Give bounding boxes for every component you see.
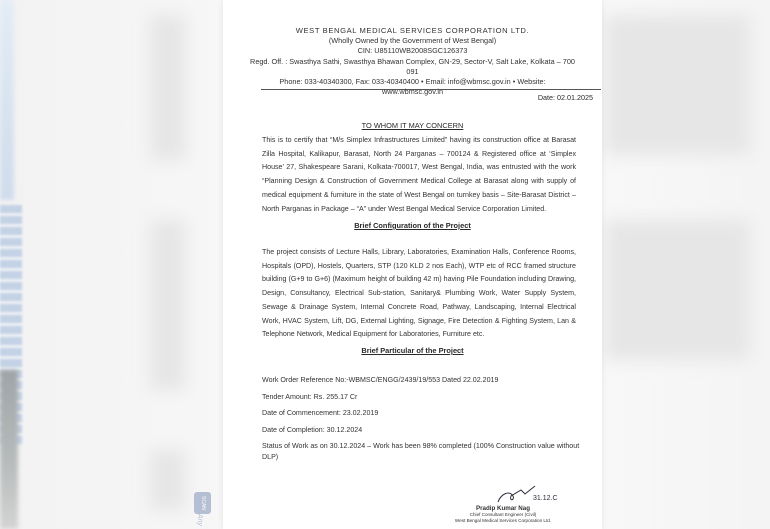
work-order-reference: Work Order Reference No:-WBMSC/ENGG/2439…	[262, 376, 498, 384]
work-status: Status of Work as on 30.12.2024 – Work h…	[262, 441, 582, 462]
svg-text:31.12.C: 31.12.C	[533, 495, 558, 502]
blurred-text-block	[605, 15, 750, 155]
scan-watermark-badge: SCAN	[194, 492, 211, 514]
ownership-line: (Wholly Owned by the Government of West …	[223, 36, 602, 46]
background-sky	[0, 0, 14, 200]
configuration-paragraph: The project consists of Lecture Halls, L…	[262, 246, 576, 342]
particulars-heading: Brief Particular of the Project	[223, 346, 602, 355]
blurred-text-block	[605, 220, 750, 360]
blurred-text-block	[150, 450, 186, 510]
contact-line: Phone: 033-40340300, Fax: 033-40340400 •…	[223, 77, 602, 87]
header-divider	[261, 89, 601, 90]
document-title: TO WHOM IT MAY CONCERN	[223, 121, 602, 130]
signatory-organization: West Bengal Medical Services Corporation…	[448, 518, 558, 524]
organization-name: WEST BENGAL MEDICAL SERVICES CORPORATION…	[223, 26, 602, 36]
cin-line: CIN: U85110WB2008SGC126373	[223, 46, 602, 56]
background-building-base	[0, 370, 18, 529]
letterhead: WEST BENGAL MEDICAL SERVICES CORPORATION…	[223, 26, 602, 97]
certificate-document: WEST BENGAL MEDICAL SERVICES CORPORATION…	[223, 0, 602, 529]
intro-paragraph: This is to certify that “M/s Simplex Inf…	[262, 134, 576, 216]
completion-date: Date of Completion: 30.12.2024	[262, 426, 362, 434]
commencement-date: Date of Commencement: 23.02.2019	[262, 409, 378, 417]
document-date: Date: 02.01.2025	[538, 93, 593, 102]
signatory-name: Pradip Kumar Nag	[448, 505, 558, 512]
configuration-heading: Brief Configuration of the Project	[223, 221, 602, 230]
blurred-text-block	[150, 220, 186, 390]
tender-amount: Tender Amount: Rs. 255.17 Cr	[262, 393, 357, 401]
signatory-block: Pradip Kumar Nag Chief Consultant Engine…	[448, 505, 558, 523]
blurred-text-block	[150, 15, 186, 160]
scan-watermark-caption: Any	[196, 514, 203, 526]
registered-office: Regd. Off. : Swasthya Sathi, Swasthya Bh…	[223, 57, 602, 77]
